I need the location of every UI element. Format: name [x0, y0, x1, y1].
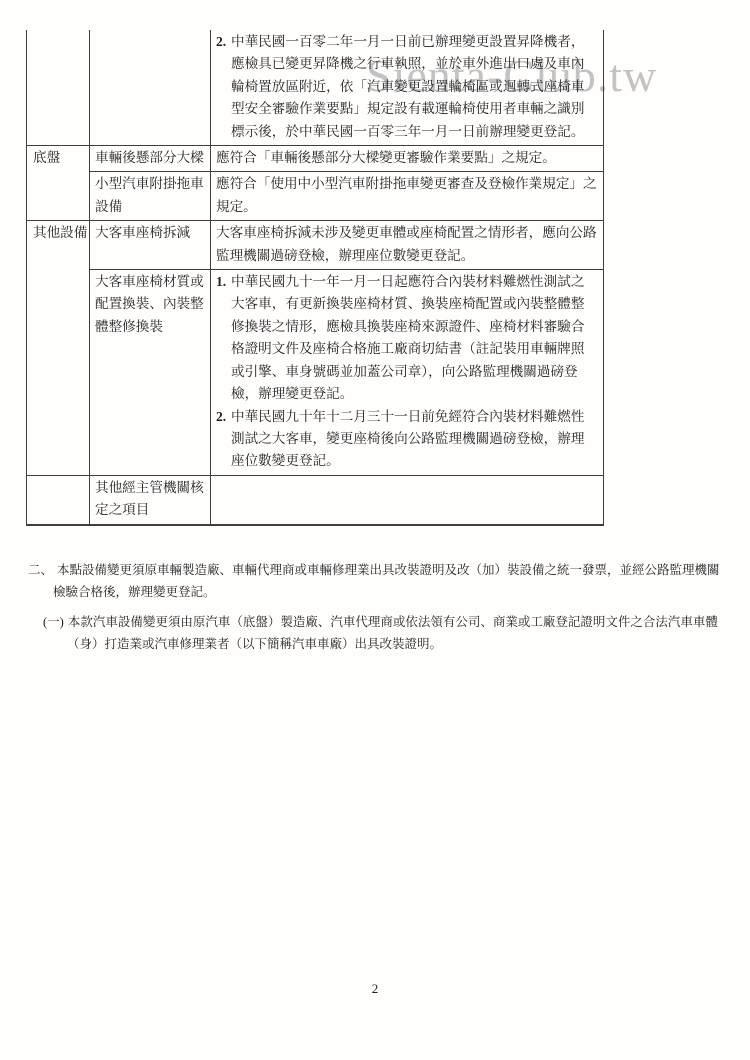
list-item: 2.中華民國一百零二年一月一日前已辦理變更設置昇降機者，應檢具已變更昇降機之行車… — [216, 31, 598, 143]
category-cell-chassis: 底盤 — [27, 146, 90, 221]
desc-cell: 1.中華民國九十一年一月一日起應符合內裝材料難燃性測試之大客車，有更新換裝座椅材… — [211, 270, 604, 476]
list-marker: 2. — [216, 31, 226, 53]
desc-cell: 應符合「車輛後懸部分大樑變更審驗作業要點」之規定。 — [211, 146, 604, 172]
list-marker: 1. — [216, 271, 226, 293]
table-row-chassis-trailer: 小型汽車附掛拖車設備 應符合「使用中小型汽車附掛拖車變更審查及登檢作業規定」之規… — [27, 172, 604, 221]
list-text: 中華民國九十一年一月一日起應符合內裝材料難燃性測試之大客車，有更新換裝座椅材質、… — [231, 274, 584, 401]
list-item: 2.中華民國九十年十二月三十一日前免經符合內裝材料難燃性測試之大客車，變更座椅後… — [216, 406, 598, 473]
item-cell-empty — [90, 30, 211, 146]
category-cell-empty — [27, 475, 90, 524]
paragraph-sub-1: (一)本款汽車設備變更須由原汽車（底盤）製造廠、汽車代理商或依法領有公司、商業或… — [43, 611, 720, 655]
item-cell: 車輛後懸部分大樑 — [90, 146, 211, 172]
list-text: 中華民國九十年十二月三十一日前免經符合內裝材料難燃性測試之大客車，變更座椅後向公… — [231, 409, 584, 469]
item-cell: 其他經主管機關核定之項目 — [90, 475, 211, 524]
page-number: 2 — [0, 980, 750, 998]
desc-cell: 大客車座椅拆減未涉及變更車體或座椅配置之情形者，應向公路監理機關過磅登檢，辦理座… — [211, 221, 604, 270]
table-row-other-seat-removal: 其他設備 大客車座椅拆減 大客車座椅拆減未涉及變更車體或座椅配置之情形者，應向公… — [27, 221, 604, 270]
spec-table: 2.中華民國一百零二年一月一日前已辦理變更設置昇降機者，應檢具已變更昇降機之行車… — [26, 30, 604, 526]
category-cell-other-equipment: 其他設備 — [27, 221, 90, 475]
table-row-continuation: 2.中華民國一百零二年一月一日前已辦理變更設置昇降機者，應檢具已變更昇降機之行車… — [27, 30, 604, 146]
desc-cell-empty — [211, 475, 604, 524]
paragraph-text: 本款汽車設備變更須由原汽車（底盤）製造廠、汽車代理商或依法領有公司、商業或工廠登… — [67, 615, 718, 651]
paragraph-label: 二、 — [28, 563, 53, 577]
desc-cell: 2.中華民國一百零二年一月一日前已辦理變更設置昇降機者，應檢具已變更昇降機之行車… — [211, 30, 604, 146]
item-cell: 小型汽車附掛拖車設備 — [90, 172, 211, 221]
table-row-other-seat-material: 大客車座椅材質或配置換裝、內裝整體整修換裝 1.中華民國九十一年一月一日起應符合… — [27, 270, 604, 476]
list-marker: 2. — [216, 406, 226, 428]
document-page: Sienta-Club.tw 2.中華民國一百零二年一月一日前已辦理變更設置昇降… — [0, 0, 750, 1060]
list-item: 1.中華民國九十一年一月一日起應符合內裝材料難燃性測試之大客車，有更新換裝座椅材… — [216, 271, 598, 405]
item-cell: 大客車座椅拆減 — [90, 221, 211, 270]
paragraph-item-2: 二、本點設備變更須原車輛製造廠、車輛代理商或車輛修理業出具改裝證明及改（加）裝設… — [28, 559, 720, 603]
paragraph-label: (一) — [43, 615, 64, 629]
item-cell: 大客車座椅材質或配置換裝、內裝整體整修換裝 — [90, 270, 211, 476]
list-text: 中華民國一百零二年一月一日前已辦理變更設置昇降機者，應檢具已變更昇降機之行車執照… — [231, 34, 584, 139]
paragraph-text: 本點設備變更須原車輛製造廠、車輛代理商或車輛修理業出具改裝證明及改（加）裝設備之… — [53, 563, 720, 599]
desc-cell: 應符合「使用中小型汽車附掛拖車變更審查及登檢作業規定」之規定。 — [211, 172, 604, 221]
category-cell-empty — [27, 30, 90, 146]
page-content: 2.中華民國一百零二年一月一日前已辦理變更設置昇降機者，應檢具已變更昇降機之行車… — [0, 0, 750, 1060]
table-row-other-approved-items: 其他經主管機關核定之項目 — [27, 475, 604, 524]
table-row-chassis-rear-overhang: 底盤 車輛後懸部分大樑 應符合「車輛後懸部分大樑變更審驗作業要點」之規定。 — [27, 146, 604, 172]
